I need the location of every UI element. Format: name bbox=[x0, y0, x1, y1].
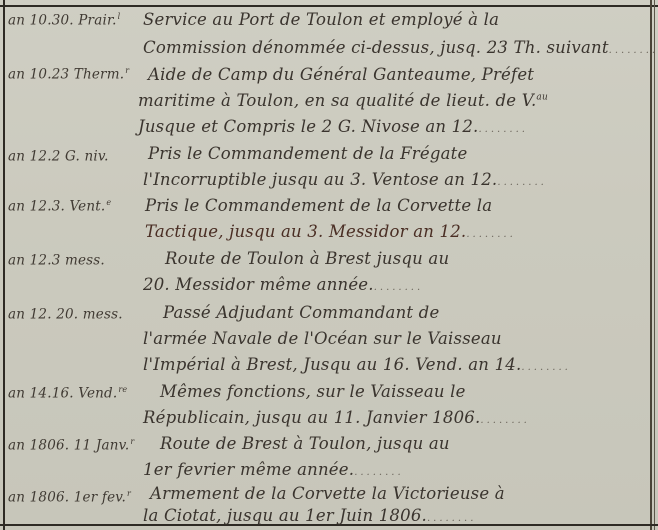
leader-dots: ........ bbox=[609, 45, 658, 56]
entry-date: an 12. 20. mess. bbox=[8, 306, 124, 323]
entry-text-line: Commission dénommée ci-dessus, jusq. 23 … bbox=[143, 38, 658, 57]
entry-text-line: Mêmes fonctions, sur le Vaisseau le bbox=[160, 382, 466, 401]
entry-text-line: maritime à Toulon, en sa qualité de lieu… bbox=[138, 91, 548, 110]
left-margin-rule bbox=[3, 0, 5, 530]
entry-text-line: l'Incorruptible jusqu au 3. Ventose an 1… bbox=[143, 170, 547, 189]
entry-text-line: Aide de Camp du Général Ganteaume, Préfe… bbox=[148, 65, 534, 84]
entry-text-line: Route de Toulon à Brest jusqu au bbox=[165, 249, 449, 268]
leader-dots: ........ bbox=[354, 467, 403, 478]
entry-date: an 12.3 mess. bbox=[8, 252, 106, 269]
entry-text-line: Républicain, jusqu au 11. Janvier 1806..… bbox=[143, 408, 530, 427]
entry-date: an 12.2 G. niv. bbox=[8, 148, 110, 165]
leader-dots: ........ bbox=[497, 177, 546, 188]
right-outer-rule bbox=[654, 0, 655, 530]
top-border-rule bbox=[0, 5, 658, 7]
entry-text-line: Passé Adjudant Commandant de bbox=[163, 303, 439, 322]
entry-date: an 10.30. Prair.l bbox=[8, 12, 120, 29]
entry-text-line: Route de Brest à Toulon, jusqu au bbox=[160, 434, 450, 453]
entry-text-line: 20. Messidor même année......... bbox=[143, 275, 423, 294]
manuscript-page: an 10.30. Prair.l Service au Port de Tou… bbox=[0, 0, 658, 530]
entry-date: an 14.16. Vend.re bbox=[8, 385, 127, 402]
entry-text-line: Tactique, jusqu au 3. Messidor an 12....… bbox=[145, 222, 516, 241]
leader-dots: ........ bbox=[521, 362, 570, 373]
entry-text-line: Service au Port de Toulon et employé à l… bbox=[143, 10, 499, 29]
entry-date: an 1806. 1er fev.r bbox=[8, 489, 131, 506]
entry-text-line: l'Impérial à Brest, Jusqu au 16. Vend. a… bbox=[143, 355, 571, 374]
right-margin-rule bbox=[650, 0, 652, 530]
entry-date: an 10.23 Therm.r bbox=[8, 66, 129, 83]
leader-dots: ........ bbox=[374, 282, 423, 293]
entry-text-line: Jusque et Compris le 2 G. Nivose an 12..… bbox=[138, 117, 528, 136]
leader-dots: ........ bbox=[427, 513, 476, 524]
entry-date: an 1806. 11 Janv.r bbox=[8, 437, 134, 454]
leader-dots: ........ bbox=[480, 415, 529, 426]
entry-text-line: 1er fevrier même année......... bbox=[143, 460, 404, 479]
entry-date: an 12.3. Vent.e bbox=[8, 198, 111, 215]
leader-dots: ........ bbox=[466, 229, 515, 240]
entry-text-line: Pris le Commandement de la Corvette la bbox=[145, 196, 492, 215]
entry-text-line: la Ciotat, jusqu au 1er Juin 1806.......… bbox=[143, 506, 476, 525]
leader-dots: ........ bbox=[479, 124, 528, 135]
entry-text-line: Armement de la Corvette la Victorieuse à bbox=[150, 484, 505, 503]
entry-text-line: l'armée Navale de l'Océan sur le Vaissea… bbox=[143, 329, 502, 348]
entry-text-line: Pris le Commandement de la Frégate bbox=[148, 144, 467, 163]
